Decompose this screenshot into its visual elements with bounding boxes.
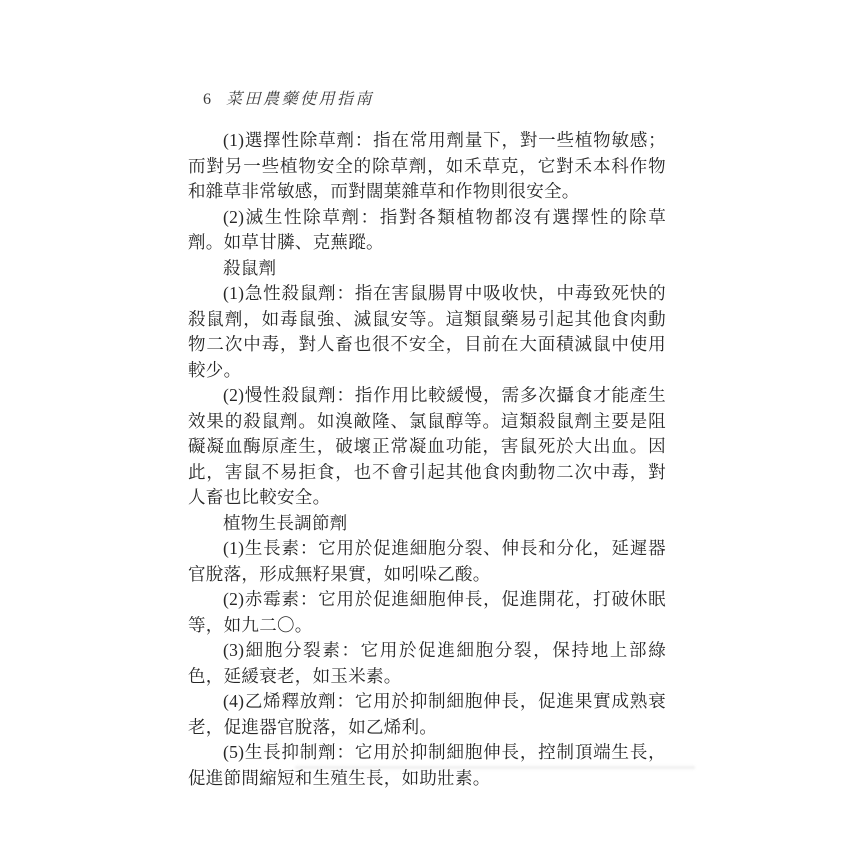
paragraph-gibberellin: (2)赤霉素：它用於促進細胞伸長，促進開花，打破休眠等，如九二〇。 [188,587,666,638]
paragraph-nonselective-herbicide: (2)滅生性除草劑：指對各類植物都沒有選擇性的除草劑。如草甘膦、克蕪蹤。 [188,205,666,256]
paragraph-cytokinin: (3)細胞分裂素：它用於促進細胞分裂，保持地上部綠色，延緩衰老，如玉米素。 [188,638,666,689]
paragraph-ethylene-releaser: (4)乙烯釋放劑：它用於抑制細胞伸長，促進果實成熟衰老，促進器官脫落，如乙烯利。 [188,689,666,740]
running-header: 6菜田農藥使用指南 [203,89,374,111]
print-bleed-artifact [295,766,695,769]
paragraph-chronic-rodenticide: (2)慢性殺鼠劑：指作用比較緩慢，需多次攝食才能產生效果的殺鼠劑。如溴敵隆、氯鼠… [188,383,666,511]
section-heading-plant-growth-regulators: 植物生長調節劑 [188,511,666,537]
paragraph-auxin: (1)生長素：它用於促進細胞分裂、伸長和分化，延遲器官脫落，形成無籽果實，如吲哚… [188,536,666,587]
page-number: 6 [203,89,211,111]
paragraph-selective-herbicide: (1)選擇性除草劑：指在常用劑量下，對一些植物敏感；而對另一些植物安全的除草劑，… [188,128,666,205]
section-heading-rodenticides: 殺鼠劑 [188,256,666,282]
page-body-text: (1)選擇性除草劑：指在常用劑量下，對一些植物敏感；而對另一些植物安全的除草劑，… [188,128,666,791]
running-title: 菜田農藥使用指南 [226,91,374,108]
paragraph-acute-rodenticide: (1)急性殺鼠劑：指在害鼠腸胃中吸收快，中毒致死快的殺鼠劑，如毒鼠強、滅鼠安等。… [188,281,666,383]
book-page: 6菜田農藥使用指南 (1)選擇性除草劑：指在常用劑量下，對一些植物敏感；而對另一… [0,0,850,850]
